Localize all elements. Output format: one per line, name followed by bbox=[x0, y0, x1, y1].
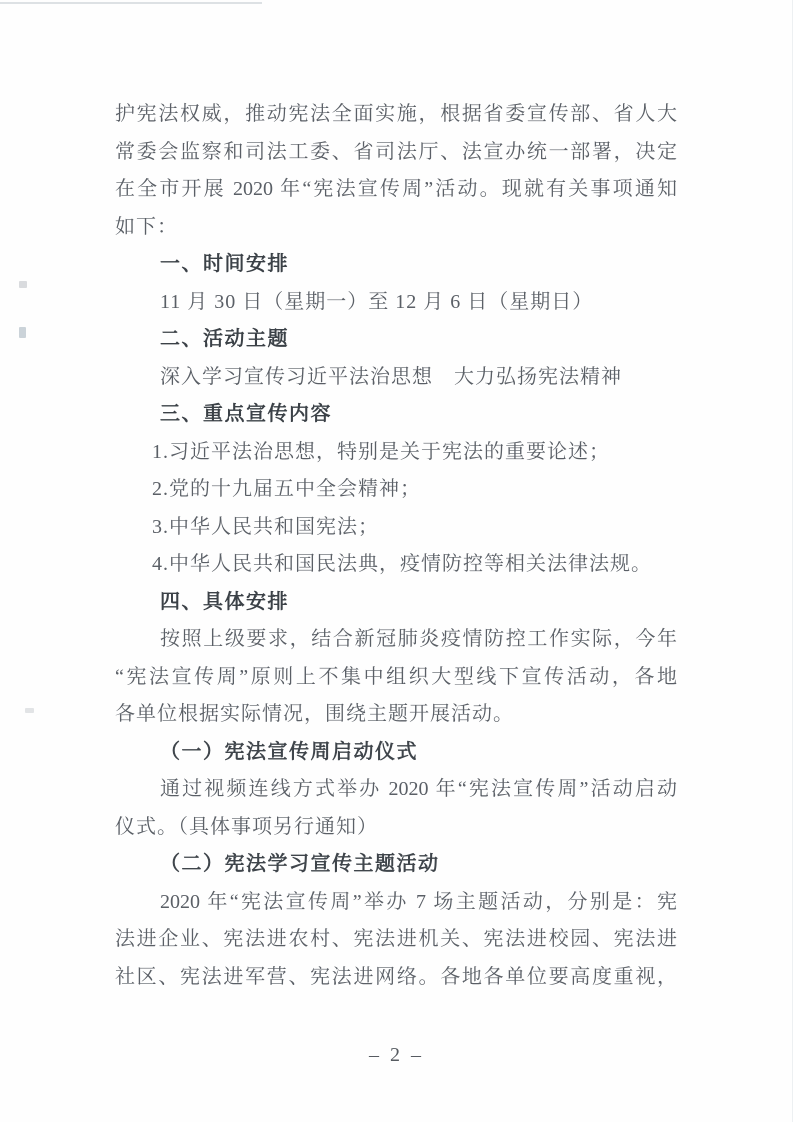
intro-line-3: 在全市开展 2020 年“宪法宣传周”活动。现就有关事项通知 bbox=[115, 171, 677, 209]
scan-speck bbox=[19, 281, 27, 288]
key-content-item-3: 3.中华人民共和国宪法； bbox=[115, 509, 677, 547]
theme-activities-line-2: 法进企业、宪法进农村、宪法进机关、宪法进校园、宪法进 bbox=[115, 921, 677, 959]
section-2-heading: 二、活动主题 bbox=[115, 321, 677, 359]
section-1-heading: 一、时间安排 bbox=[115, 246, 677, 284]
arrangement-line-3: 各单位根据实际情况，围绕主题开展活动。 bbox=[115, 696, 677, 734]
launch-ceremony-line-2: 仪式。（具体事项另行通知） bbox=[115, 809, 677, 847]
theme-activities-line-3: 社区、宪法进军营、宪法进网络。各地各单位要高度重视， bbox=[115, 959, 677, 997]
document-page: 护宪法权威，推动宪法全面实施，根据省委宣传部、省人大 常委会监察和司法工委、省司… bbox=[0, 0, 793, 1122]
key-content-item-2: 2.党的十九届五中全会精神； bbox=[115, 471, 677, 509]
section-3-heading: 三、重点宣传内容 bbox=[115, 396, 677, 434]
section-4-heading: 四、具体安排 bbox=[115, 584, 677, 622]
subsection-2-heading: （二）宪法学习宣传主题活动 bbox=[115, 846, 677, 884]
launch-ceremony-line-1: 通过视频连线方式举办 2020 年“宪法宣传周”活动启动 bbox=[115, 771, 677, 809]
scan-speck bbox=[19, 327, 26, 338]
page-number: – 2 – bbox=[0, 1040, 793, 1070]
schedule-date-line: 11 月 30 日（星期一）至 12 月 6 日（星期日） bbox=[115, 284, 677, 322]
key-content-item-4: 4.中华人民共和国民法典，疫情防控等相关法律法规。 bbox=[115, 546, 677, 584]
key-content-item-1: 1.习近平法治思想，特别是关于宪法的重要论述； bbox=[115, 434, 677, 472]
intro-line-4: 如下： bbox=[115, 209, 677, 247]
intro-line-2: 常委会监察和司法工委、省司法厅、法宣办统一部署，决定 bbox=[115, 134, 677, 172]
theme-activities-line-1: 2020 年“宪法宣传周”举办 7 场主题活动，分别是：宪 bbox=[115, 884, 677, 922]
scan-edge-artifact-top bbox=[0, 2, 262, 4]
arrangement-line-1: 按照上级要求，结合新冠肺炎疫情防控工作实际，今年 bbox=[115, 621, 677, 659]
document-body: 护宪法权威，推动宪法全面实施，根据省委宣传部、省人大 常委会监察和司法工委、省司… bbox=[115, 96, 677, 996]
subsection-1-heading: （一）宪法宣传周启动仪式 bbox=[115, 734, 677, 772]
arrangement-line-2: “宪法宣传周”原则上不集中组织大型线下宣传活动，各地 bbox=[115, 659, 677, 697]
activity-theme-line: 深入学习宣传习近平法治思想 大力弘扬宪法精神 bbox=[115, 359, 677, 397]
scan-speck bbox=[25, 708, 34, 713]
intro-line-1: 护宪法权威，推动宪法全面实施，根据省委宣传部、省人大 bbox=[115, 96, 677, 134]
